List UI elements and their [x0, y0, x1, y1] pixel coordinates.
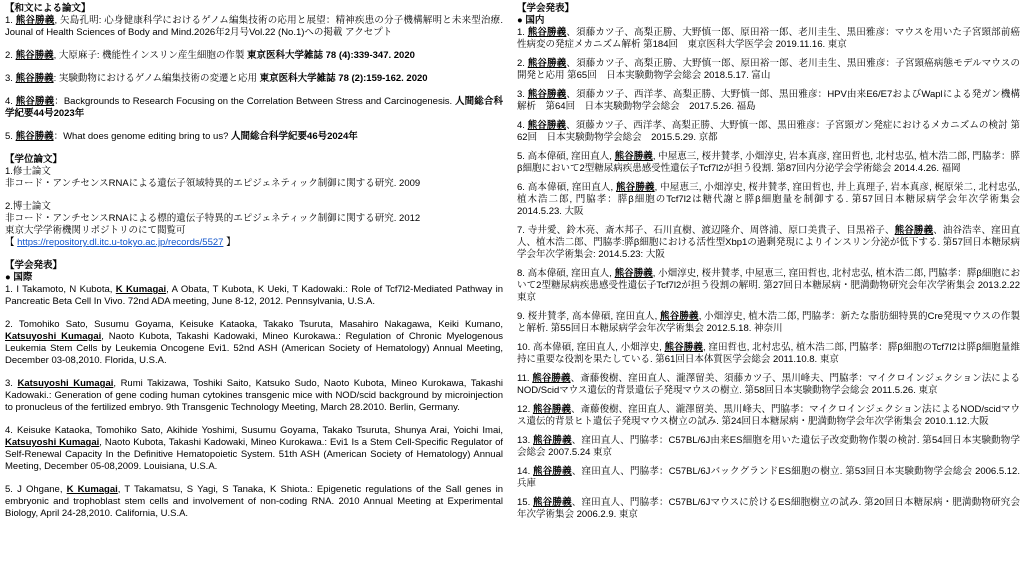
publication-entry: 7. 寺井愛、鈴木亮、斎木邦子、石川直樹、渡辺隆介、周啓浦、原口美貴子、目黒裕子…	[517, 225, 1020, 261]
publication-entry: 4. 熊谷勝義：Backgrounds to Research Focusing…	[5, 96, 503, 120]
publication-entry: 11. 熊谷勝義、斎藤俊樹、窪田直人、瀧澤留美、須藤カツ子、黒川峰夫、門脇孝：マ…	[517, 373, 1020, 397]
text-run: 8. 高本偉碩, 窪田直人,	[517, 268, 615, 279]
section-heading: 【学会発表】	[517, 3, 1020, 15]
text-run: 2.	[5, 50, 16, 61]
publication-entry: 1. 熊谷勝義、須藤カツ子、高梨正勝、大野慎一郎、原田裕一郎、老川圭生、黒田雅彦…	[517, 27, 1020, 51]
publication-list-page: 【和文による論文】1. 熊谷勝義, 矢島孔明: 心身健康科学におけるゲノム編集技…	[0, 0, 1024, 576]
author-name-highlight: 熊谷勝義	[533, 435, 572, 446]
author-name-highlight: 熊谷勝義	[16, 15, 55, 26]
publication-entry: 3. 熊谷勝義: 実験動物におけるゲノム編集技術の変遷と応用 東京医科大学雑誌 …	[5, 73, 503, 85]
text-run: , 矢島孔明: 心身健康科学におけるゲノム編集技術の応用と展望：精神疾患の分子機…	[5, 15, 503, 38]
text-run: 3.	[517, 89, 528, 100]
publication-entry: 9. 桜井賛孝, 高本偉碩, 窪田直人, 熊谷勝義, 小畑淳史, 植木浩二郎, …	[517, 311, 1020, 335]
author-name-highlight: 熊谷勝義	[528, 120, 566, 131]
text-run: 4.	[517, 120, 528, 131]
author-name-highlight: 熊谷勝義	[615, 268, 653, 279]
publication-entry: 3. 熊谷勝義、須藤カツ子、西洋孝、高梨正勝、大野慎一郎、黒田雅彦：HPV由来E…	[517, 89, 1020, 113]
text-run: 9. 桜井賛孝, 高本偉碩, 窪田直人,	[517, 311, 660, 322]
author-name-highlight: 熊谷勝義	[528, 89, 567, 100]
author-name-highlight: 熊谷勝義	[16, 131, 54, 142]
publication-entry: 2. 熊谷勝義、須藤カツ子、高梨正勝、大野慎一郎、原田裕一郎、老川圭生、黒田雅彦…	[517, 58, 1020, 82]
text-run: 5. J Ohgane,	[5, 484, 67, 495]
section-heading: 【学会発表】	[5, 260, 503, 272]
text-run: 4.	[5, 96, 16, 107]
section-subheading: ● 国際	[5, 272, 503, 284]
text-run: ：What does genome editing bring to us?	[54, 131, 231, 142]
text-run: 、窪田直人、門脇孝：C57BL/6JバックグランドES細胞の樹立. 第53回日本…	[517, 466, 1020, 489]
publication-entry: 8. 高本偉碩, 窪田直人, 熊谷勝義, 小畑淳史, 桜井賛孝, 中屋恵三, 窪…	[517, 268, 1020, 304]
publication-entry: 14. 熊谷勝義、窪田直人、門脇孝：C57BL/6JバックグランドES細胞の樹立…	[517, 466, 1020, 490]
author-name-highlight: 熊谷勝義	[528, 58, 567, 69]
text-run: 1. I Takamoto, N Kubota,	[5, 284, 116, 295]
text-run: 、須藤カツ子、西洋孝、高梨正勝、大野慎一郎、黒田雅彦：HPV由来E6/E7および…	[517, 89, 1020, 112]
text-run: 、斎藤俊樹、窪田直人、瀧澤留美、須藤カツ子、黒川峰夫、門脇孝：マイクロインジェク…	[517, 373, 1020, 396]
text-run: 東京医科大学雑誌 78 (4):339-347. 2020	[247, 50, 415, 61]
text-run: 1.	[517, 27, 528, 38]
author-name-highlight: 熊谷勝義	[660, 311, 699, 322]
publication-entry: 2. Tomohiko Sato, Susumu Goyama, Keisuke…	[5, 319, 503, 367]
text-run: 6. 高本偉碩, 窪田直人,	[517, 182, 616, 193]
author-name-highlight: Katsuyoshi Kumagai	[5, 331, 101, 342]
publication-entry: 5. 熊谷勝義：What does genome editing bring t…	[5, 131, 503, 143]
publication-entry: 4. Keisuke Kataoka, Tomohiko Sato, Akihi…	[5, 425, 503, 473]
text-run: 1.修士論文 非コード・アンチセンスRNAによる遺伝子領域特異的エピジェネティッ…	[5, 166, 420, 189]
repository-link[interactable]: https://repository.dl.itc.u-tokyo.ac.jp/…	[17, 237, 223, 248]
publication-entry: 1.修士論文 非コード・アンチセンスRNAによる遺伝子領域特異的エピジェネティッ…	[5, 166, 503, 190]
author-name-highlight: 熊谷勝義	[16, 96, 55, 107]
publication-entry: 5. J Ohgane, K Kumagai, T Takamatsu, S Y…	[5, 484, 503, 520]
text-run: 5. 高本偉碩, 窪田直人,	[517, 151, 615, 162]
text-run: , 大原麻子: 機能性インスリン産生細胞の作製	[54, 50, 247, 61]
publication-entry: 15. 熊谷勝義、窪田直人、門脇孝：C57BL/6Jマウスに於けるES細胞樹立の…	[517, 497, 1020, 521]
publication-entry: 3. Katsuyoshi Kumagai, Rumi Takizawa, To…	[5, 378, 503, 414]
author-name-highlight: 熊谷勝義	[528, 27, 567, 38]
author-name-highlight: 熊谷勝義	[615, 151, 653, 162]
text-run: 2. Tomohiko Sato, Susumu Goyama, Keisuke…	[5, 319, 503, 330]
section-subheading: ● 国内	[517, 15, 1020, 27]
text-run: 7. 寺井愛、鈴木亮、斎木邦子、石川直樹、渡辺隆介、周啓浦、原口美貴子、目黒裕子…	[517, 225, 895, 236]
publication-entry: 12. 熊谷勝義、斎藤俊樹、窪田直人、瀧澤留美、黒川峰夫、門脇孝：マイクロインジ…	[517, 404, 1020, 428]
text-run: 5.	[5, 131, 16, 142]
text-run: : 実験動物におけるゲノム編集技術の変遷と応用	[54, 73, 260, 84]
author-name-highlight: K Kumagai	[67, 484, 118, 495]
author-name-highlight: 熊谷勝義	[533, 466, 572, 477]
text-run: 人間総合科学紀要46号2024年	[231, 131, 358, 142]
text-run: 、窪田直人、門脇孝：C57BL/6J由来ES細胞を用いた遺伝子改変動物作製の検討…	[517, 435, 1020, 458]
text-run: 15.	[517, 497, 533, 508]
publication-entry: 10. 高本偉碩, 窪田直人, 小畑淳史, 熊谷勝義, 窪田哲也, 北村忠弘, …	[517, 342, 1020, 366]
publication-entry: 1. I Takamoto, N Kubota, K Kumagai, A Ob…	[5, 284, 503, 308]
text-run: 、窪田直人、門脇孝：C57BL/6Jマウスに於けるES細胞樹立の試み. 第20回…	[517, 497, 1020, 520]
section-heading: 【和文による論文】	[5, 3, 503, 15]
publication-entry: 2.博士論文 非コード・アンチセンスRNAによる標的遺伝子特異的エピジェネティッ…	[5, 201, 503, 249]
text-run: 、須藤カツ子、西洋孝、高梨正勝、大野慎一郎、黒田雅彦：子宮頸ガン発症におけるメカ…	[517, 120, 1020, 143]
text-run: 1.	[5, 15, 16, 26]
section-heading: 【学位論文】	[5, 154, 503, 166]
author-name-highlight: 熊谷勝義	[533, 404, 571, 415]
text-run: 13.	[517, 435, 533, 446]
author-name-highlight: 熊谷勝義	[533, 497, 572, 508]
text-run: 】	[223, 237, 235, 248]
right-column: 【学会発表】● 国内1. 熊谷勝義、須藤カツ子、高梨正勝、大野慎一郎、原田裕一郎…	[517, 3, 1020, 576]
text-run: 、須藤カツ子、高梨正勝、大野慎一郎、原田裕一郎、老川圭生、黒田雅彦：子宮頸癌病態…	[517, 58, 1020, 81]
author-name-highlight: 熊谷勝義	[16, 73, 54, 84]
text-run: 、斎藤俊樹、窪田直人、瀧澤留美、黒川峰夫、門脇孝：マイクロインジェクション法によ…	[517, 404, 1020, 427]
author-name-highlight: 熊谷勝義	[895, 225, 934, 236]
publication-entry: 13. 熊谷勝義、窪田直人、門脇孝：C57BL/6J由来ES細胞を用いた遺伝子改…	[517, 435, 1020, 459]
left-column: 【和文による論文】1. 熊谷勝義, 矢島孔明: 心身健康科学におけるゲノム編集技…	[5, 3, 503, 576]
text-run: ：Backgrounds to Research Focusing on the…	[54, 96, 455, 107]
author-name-highlight: 熊谷勝義	[664, 342, 702, 353]
author-name-highlight: K Kumagai	[116, 284, 166, 295]
text-run: 2.	[517, 58, 528, 69]
text-run: 10. 高本偉碩, 窪田直人, 小畑淳史,	[517, 342, 664, 353]
publication-entry: 2. 熊谷勝義, 大原麻子: 機能性インスリン産生細胞の作製 東京医科大学雑誌 …	[5, 50, 503, 62]
author-name-highlight: Katsuyoshi Kumagai	[5, 437, 99, 448]
author-name-highlight: 熊谷勝義	[616, 182, 655, 193]
text-run: 東京医科大学雑誌 78 (2):159-162. 2020	[260, 73, 428, 84]
text-run: 3.	[5, 73, 16, 84]
text-run: 11.	[517, 373, 532, 384]
text-run: 12.	[517, 404, 533, 415]
publication-entry: 6. 高本偉碩, 窪田直人, 熊谷勝義, 中屋恵三, 小畑淳史, 桜井賛孝, 窪…	[517, 182, 1020, 218]
publication-entry: 4. 熊谷勝義、須藤カツ子、西洋孝、高梨正勝、大野慎一郎、黒田雅彦：子宮頸ガン発…	[517, 120, 1020, 144]
author-name-highlight: 熊谷勝義	[532, 373, 570, 384]
publication-entry: 1. 熊谷勝義, 矢島孔明: 心身健康科学におけるゲノム編集技術の応用と展望：精…	[5, 15, 503, 39]
publication-entry: 5. 高本偉碩, 窪田直人, 熊谷勝義, 中屋恵三, 桜井賛孝, 小畑淳史, 岩…	[517, 151, 1020, 175]
text-run: 、須藤カツ子、高梨正勝、大野慎一郎、原田裕一郎、老川圭生、黒田雅彦：マウスを用い…	[517, 27, 1020, 50]
text-run: 4. Keisuke Kataoka, Tomohiko Sato, Akihi…	[5, 425, 503, 436]
text-run: 14.	[517, 466, 533, 477]
author-name-highlight: 熊谷勝義	[16, 50, 54, 61]
text-run: 3.	[5, 378, 17, 389]
author-name-highlight: Katsuyoshi Kumagai	[17, 378, 113, 389]
